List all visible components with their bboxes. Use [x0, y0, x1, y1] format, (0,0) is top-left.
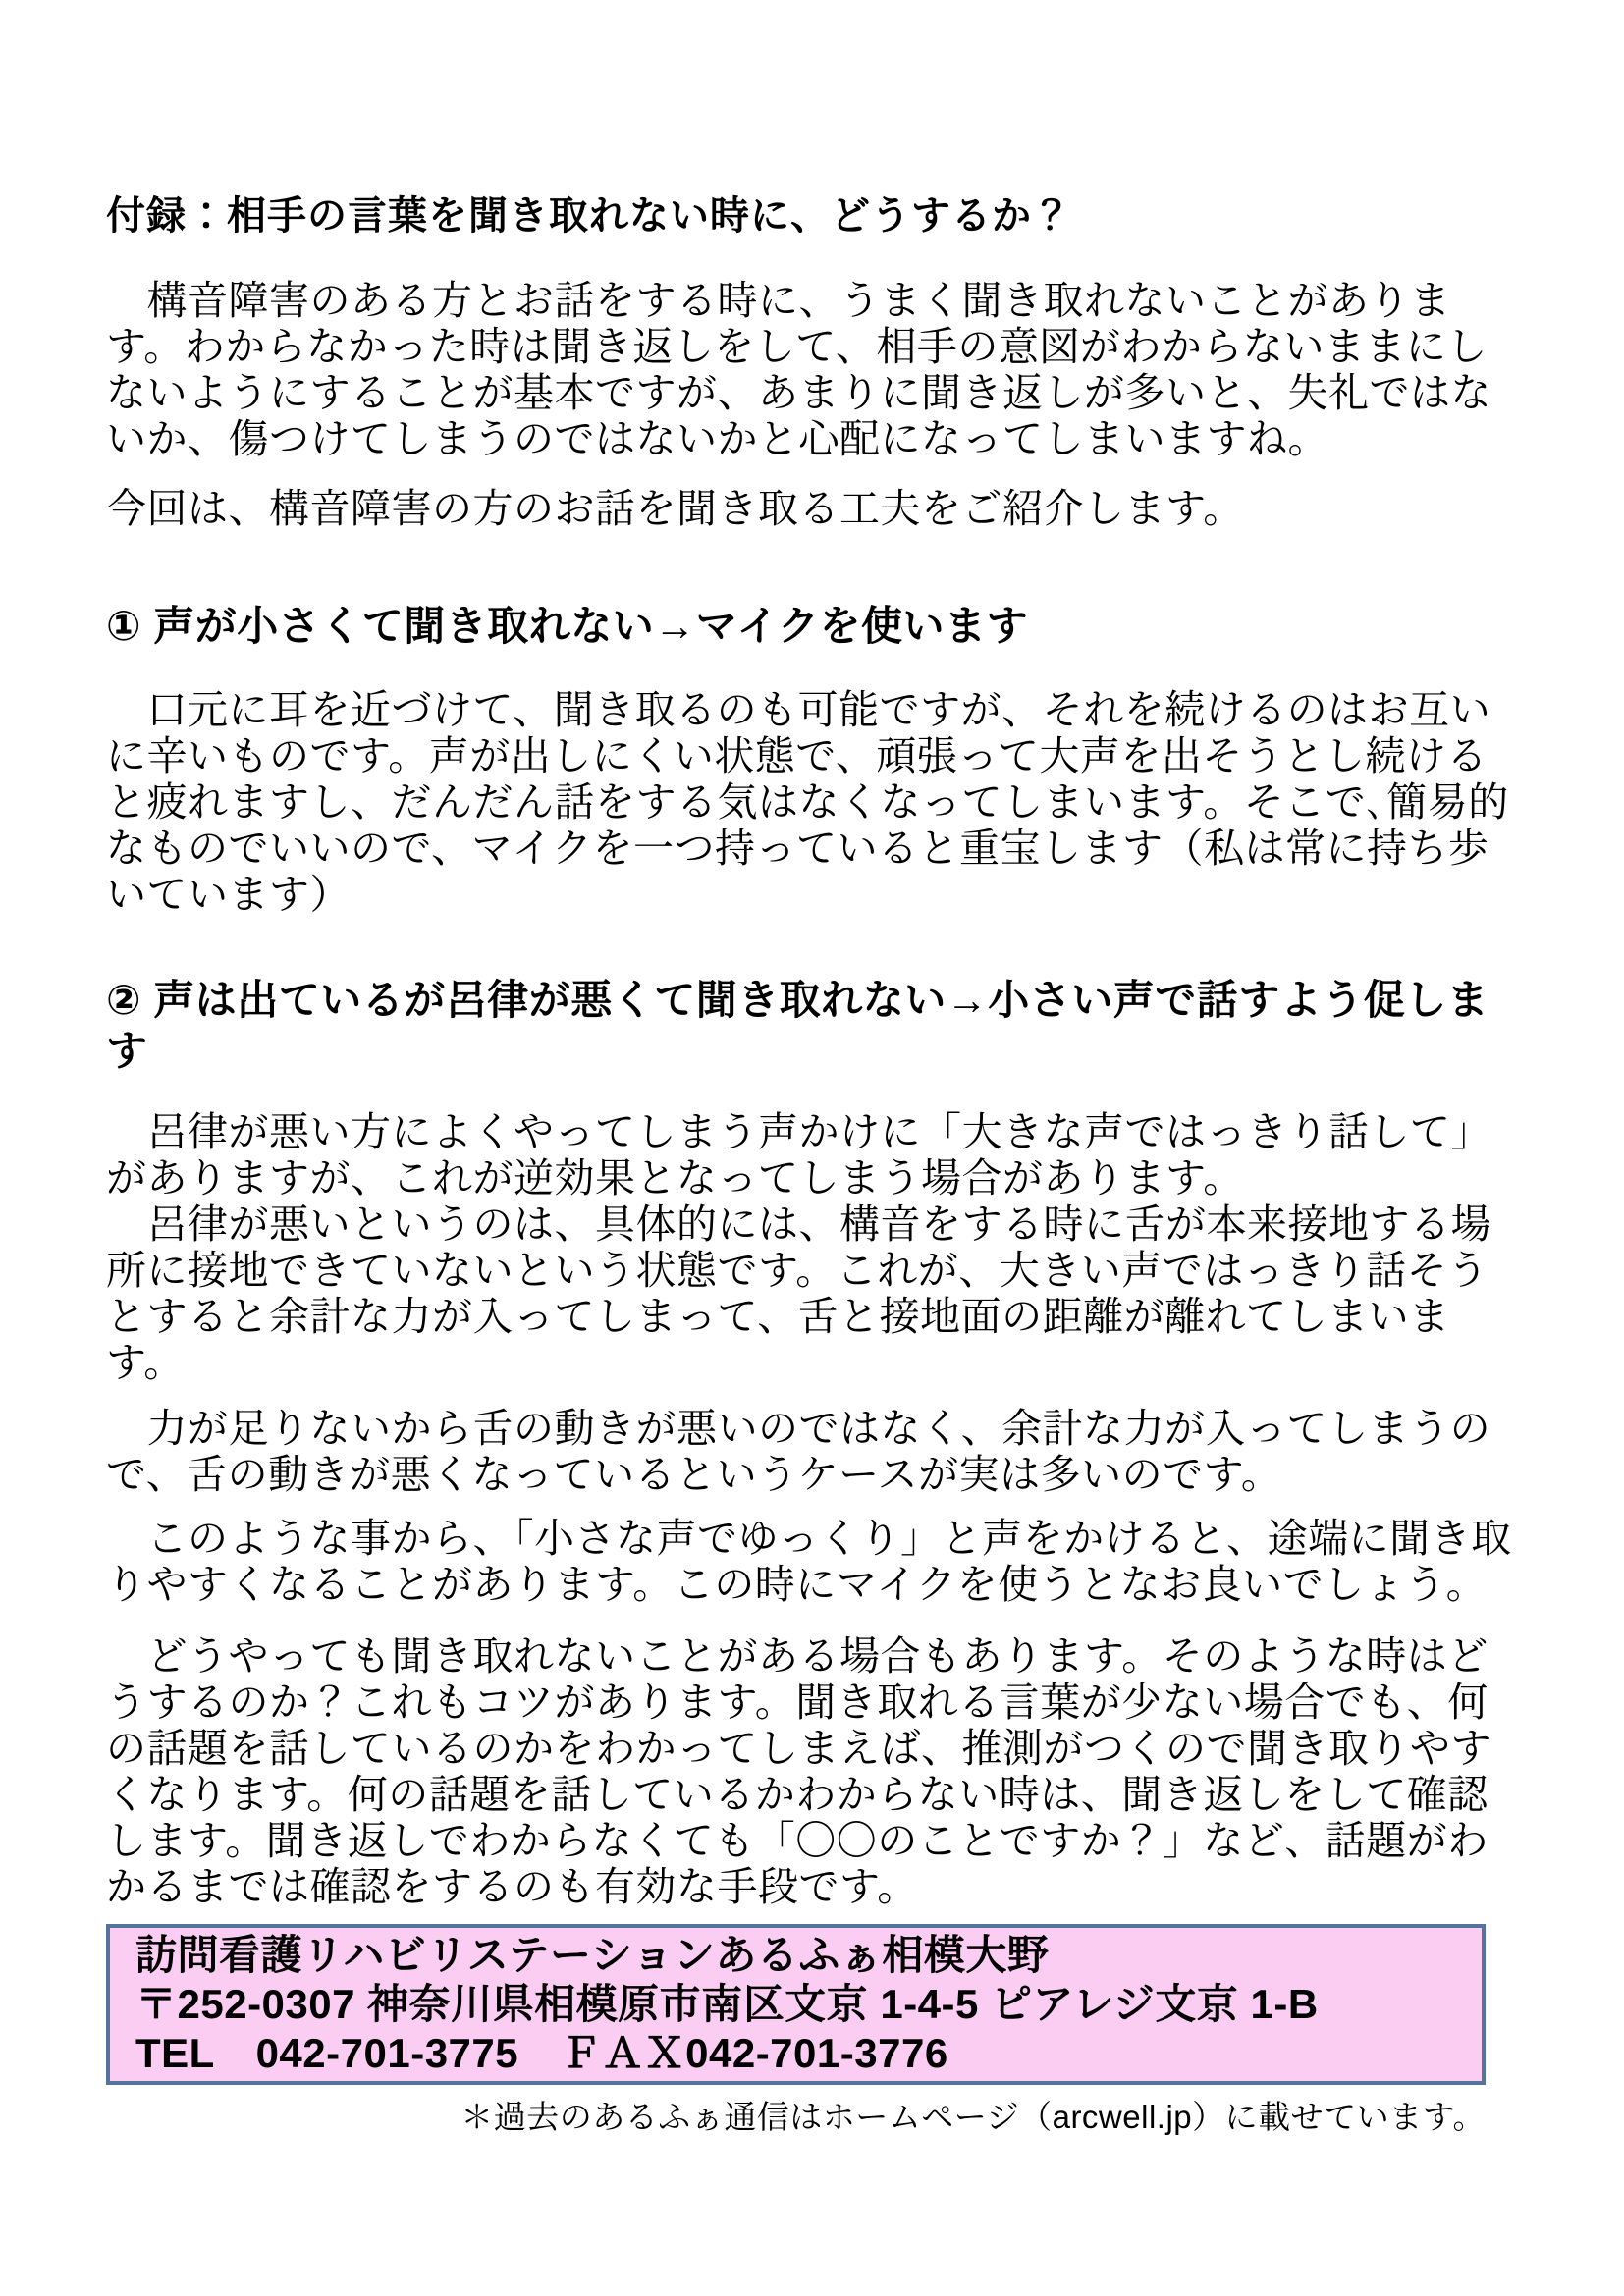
- section2-paragraph-3: このような事から、「小さな声でゆっくり」と声をかけると、途端に聞き取 りやすくな…: [106, 1516, 1520, 1608]
- intro-paragraph: 構音障害のある方とお話をする時に、うまく聞き取れないことがありま す。わからなか…: [106, 278, 1520, 462]
- appendix-title: 付録：相手の言葉を聞き取れない時に、どうするか？: [106, 0, 1520, 240]
- section2-paragraph-4: どうやっても聞き取れないことがある場合もあります。そのような時はど うするのか？…: [106, 1633, 1520, 1910]
- section2-paragraph-2: 力が足りないから舌の動きが悪いのではなく、余計な力が入ってしまうの で、舌の動き…: [106, 1406, 1520, 1498]
- contact-address: 〒252-0307 神奈川県相模原市南区文京 1-4-5 ピアレジ文京 1-B: [135, 1980, 1472, 2029]
- section1-paragraph: 口元に耳を近づけて、聞き取るのも可能ですが、それを続けるのはお互い に辛いもので…: [106, 687, 1520, 918]
- contact-box: 訪問看護リハビリステーションあるふぁ相模大野 〒252-0307 神奈川県相模原…: [106, 1924, 1486, 2085]
- section2-paragraph-1: 呂律が悪い方によくやってしまう声かけに「大きな声ではっきり話して」 がありますが…: [106, 1109, 1520, 1386]
- contact-office-name: 訪問看護リハビリステーションあるふぁ相模大野: [135, 1931, 1472, 1980]
- contact-tel-fax: TEL 042-701-3775 ＦＡＸ042-701-3776: [135, 2029, 1472, 2078]
- intro-summary-paragraph: 今回は、構音障害の方のお話を聞き取る工夫をご紹介します。: [106, 486, 1520, 532]
- section2-heading: ② 声は出ているが呂律が悪くて聞き取れない→小さい声で話すよう促します: [106, 975, 1520, 1077]
- document-page: 付録：相手の言葉を聞き取れない時に、どうするか？ 構音障害のある方とお話をする時…: [0, 0, 1624, 2296]
- footer-note: ＊過去のあるふぁ通信はホームページ（arcwell.jp）に載せています。: [106, 2098, 1486, 2137]
- section1-heading: ① 声が小さくて聞き取れない→マイクを使います: [106, 601, 1520, 652]
